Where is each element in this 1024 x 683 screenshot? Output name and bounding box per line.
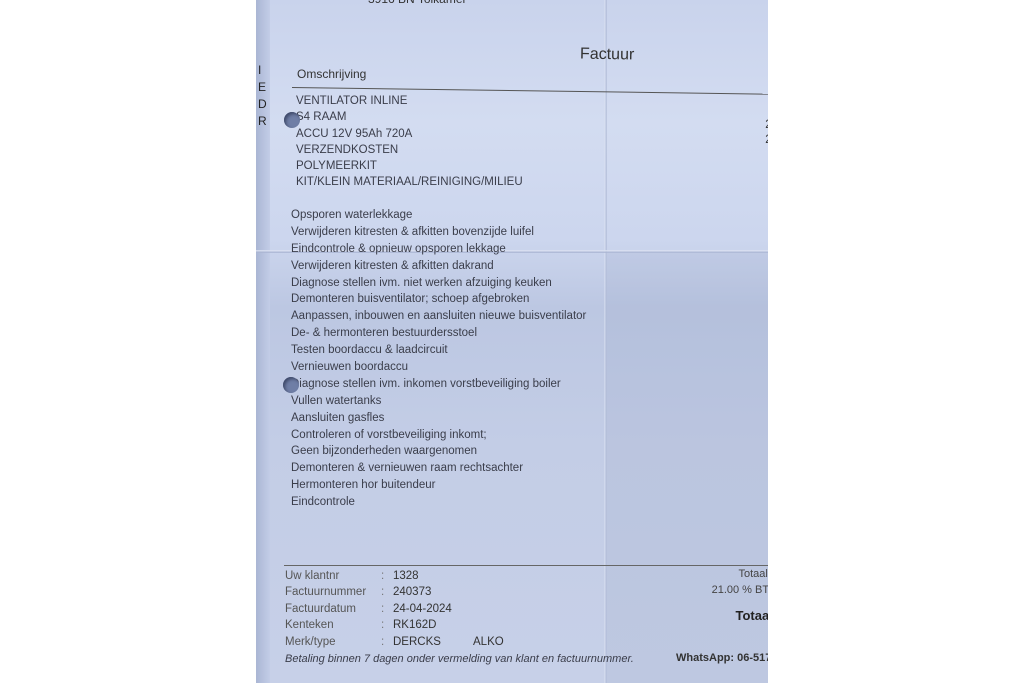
price-cell: 1 <box>765 164 768 180</box>
meta-separator: : <box>381 634 393 650</box>
item-row: ACCU 12V 95Ah 720A <box>296 126 523 142</box>
total-due-label: Totaal te <box>712 608 768 624</box>
meta-separator: : <box>381 568 393 584</box>
work-line: Diagnose stellen ivm. inkomen vorstbevei… <box>291 376 586 393</box>
price-cell: 4 <box>765 149 768 165</box>
meta-value: 1328 <box>393 568 473 584</box>
underlying-page-edge: I E D R <box>258 62 268 130</box>
work-line: Demonteren buisventilator; schoep afgebr… <box>291 291 586 308</box>
meta-separator: : <box>381 584 393 600</box>
work-line: Aanpassen, inbouwen en aansluiten nieuwe… <box>291 308 586 325</box>
work-line: Vernieuwen boordaccu <box>291 359 586 376</box>
meta-label: Merk/type <box>285 634 381 650</box>
item-row: S4 RAAM <box>296 109 523 125</box>
invoice-meta: Uw klantnr:1328Factuurnummer:240373Factu… <box>285 568 504 650</box>
meta-row: Factuurnummer:240373 <box>285 584 504 600</box>
item-row: VENTILATOR INLINE <box>296 93 523 109</box>
meta-label: Kenteken <box>285 617 381 633</box>
work-line: Aansluiten gasfles <box>291 410 586 427</box>
price-cell: 4 <box>765 180 768 196</box>
work-line: De- & hermonteren bestuurdersstoel <box>291 325 586 342</box>
punch-hole <box>283 377 299 393</box>
meta-value: 24-04-2024 <box>393 601 473 617</box>
vat-label: 21.00 % BTW v <box>712 582 768 598</box>
item-list: VENTILATOR INLINE S4 RAAM ACCU 12V 95Ah … <box>296 93 523 191</box>
work-line: Demonteren & vernieuwen raam rechtsachte… <box>291 460 586 477</box>
total-excl-label: Totaal exc <box>712 566 768 582</box>
work-line: Eindcontrole <box>291 494 586 511</box>
work-line: Controleren of vorstbeveiliging inkomt; <box>291 427 586 444</box>
meta-value: RK162D <box>393 617 473 633</box>
work-line: Vullen watertanks <box>291 393 586 410</box>
meta-value: 240373 <box>393 584 473 600</box>
meta-label: Factuurdatum <box>285 601 381 617</box>
totals-block: Totaal exc 21.00 % BTW v Totaal te <box>712 566 768 624</box>
meta-separator: : <box>381 617 393 633</box>
meta-separator: : <box>381 601 393 617</box>
work-line: Verwijderen kitresten & afkitten bovenzi… <box>291 224 586 241</box>
meta-value: DERCKS <box>393 634 473 650</box>
work-line: Testen boordaccu & laadcircuit <box>291 342 586 359</box>
sender-address-partial: 3916 BN Tolkamer <box>368 0 467 6</box>
work-line: Geen bijzonderheden waargenomen <box>291 443 586 460</box>
item-row: KIT/KLEIN MATERIAAL/REINIGING/MILIEU <box>296 174 523 190</box>
invoice-paper: I E D R 3916 BN Tolkamer Factuur Omschri… <box>256 0 768 683</box>
whatsapp-contact: WhatsApp: 06-517 <box>676 652 768 664</box>
footer-rule <box>284 565 768 566</box>
payment-note: Betaling binnen 7 dagen onder vermelding… <box>285 653 634 665</box>
meta-row: Factuurdatum:24-04-2024 <box>285 601 504 617</box>
work-description-list: Opsporen waterlekkageVerwijderen kitrest… <box>291 207 586 511</box>
item-row: POLYMEERKIT <box>296 158 523 174</box>
description-column-header: Omschrijving <box>297 67 366 81</box>
invoice-title: Factuur <box>580 46 635 65</box>
meta-label: Uw klantnr <box>285 568 381 584</box>
price-column-partial: 4 24 21 4 1 4 5 <box>765 102 768 225</box>
meta-row: Merk/type:DERCKSALKO <box>285 634 504 650</box>
meta-value-secondary: ALKO <box>473 634 504 650</box>
price-cell: 24 <box>765 118 768 134</box>
price-cell: 21 <box>765 133 768 149</box>
item-row: VERZENDKOSTEN <box>296 142 523 158</box>
work-line: Eindcontrole & opnieuw opsporen lekkage <box>291 241 586 258</box>
price-cell: 4 <box>765 102 768 118</box>
work-line: Diagnose stellen ivm. niet werken afzuig… <box>291 275 586 292</box>
meta-label: Factuurnummer <box>285 584 381 600</box>
meta-row: Kenteken:RK162D <box>285 617 504 633</box>
work-line: Opsporen waterlekkage <box>291 207 586 224</box>
work-line: Verwijderen kitresten & afkitten dakrand <box>291 258 586 275</box>
punch-hole <box>284 112 300 128</box>
meta-row: Uw klantnr:1328 <box>285 568 504 584</box>
work-line: Hermonteren hor buitendeur <box>291 477 586 494</box>
price-cell: 5 <box>765 210 768 226</box>
